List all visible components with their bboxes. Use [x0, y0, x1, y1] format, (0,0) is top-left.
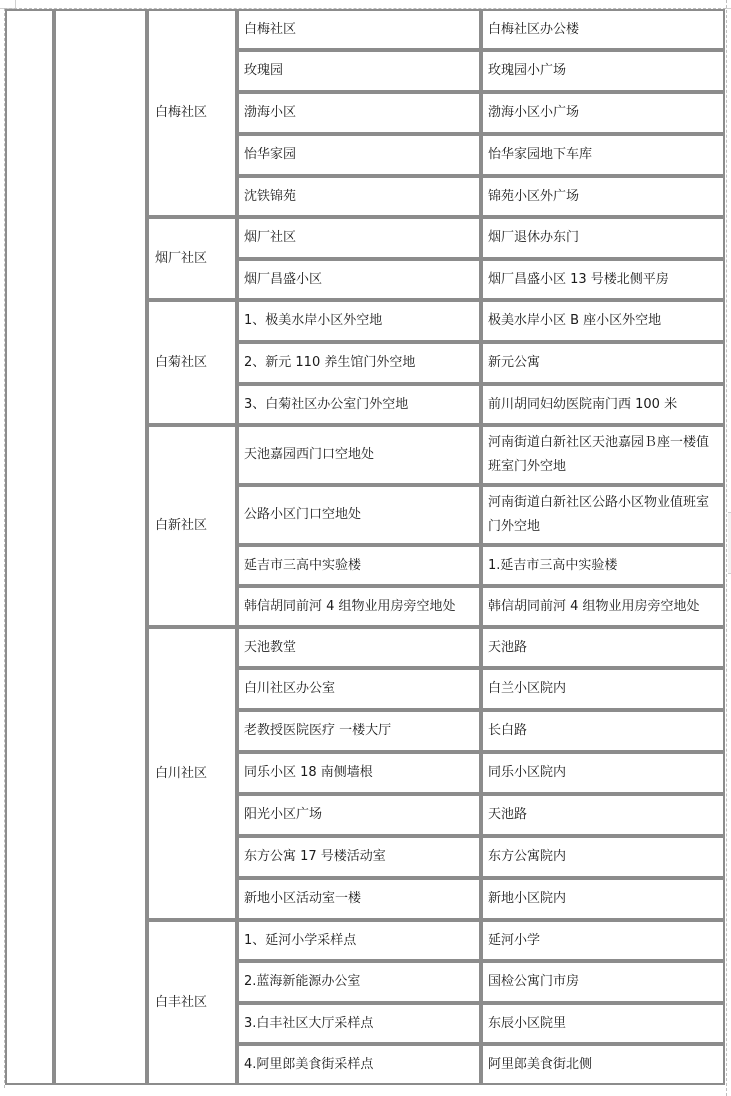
site-location-cell: 烟厂昌盛小区 13 号楼北侧平房 [481, 259, 725, 300]
site-name-cell: 2.蓝海新能源办公室 [237, 961, 481, 1003]
site-location-cell: 新地小区院内 [481, 878, 725, 920]
site-location-cell: 白梅社区办公楼 [481, 9, 725, 50]
site-name-cell: 天池嘉园西门口空地处 [237, 425, 481, 485]
site-name-cell: 沈铁锦苑 [237, 176, 481, 217]
site-location-cell: 国检公寓门市房 [481, 961, 725, 1003]
site-name-cell: 东方公寓 17 号楼活动室 [237, 836, 481, 878]
site-name-cell: 白梅社区 [237, 9, 481, 50]
site-location-cell: 天池路 [481, 627, 725, 668]
site-name-cell: 公路小区门口空地处 [237, 485, 481, 545]
site-name-cell: 1、极美水岸小区外空地 [237, 300, 481, 342]
site-name-cell: 烟厂社区 [237, 217, 481, 259]
site-name-cell: 3、白菊社区办公室门外空地 [237, 384, 481, 425]
site-location-cell: 锦苑小区外广场 [481, 176, 725, 217]
site-location-cell: 渤海小区小广场 [481, 92, 725, 134]
community-cell: 白丰社区 [147, 920, 237, 1085]
site-location-cell: 韩信胡同前河 4 组物业用房旁空地处 [481, 586, 725, 627]
site-location-cell: 东方公寓院内 [481, 836, 725, 878]
site-name-cell: 怡华家园 [237, 134, 481, 176]
site-location-cell: 阿里郎美食街北侧 [481, 1044, 725, 1085]
site-name-cell: 4.阿里郎美食街采样点 [237, 1044, 481, 1085]
site-name-cell: 渤海小区 [237, 92, 481, 134]
site-location-cell: 天池路 [481, 794, 725, 836]
community-cell: 白梅社区 [147, 9, 237, 217]
blank-column-1-cell [5, 9, 54, 1085]
site-location-cell: 长白路 [481, 710, 725, 752]
site-name-cell: 白川社区办公室 [237, 668, 481, 710]
site-name-cell: 延吉市三高中实验楼 [237, 545, 481, 586]
site-location-cell: 1.延吉市三高中实验楼 [481, 545, 725, 586]
site-location-cell: 白兰小区院内 [481, 668, 725, 710]
site-location-cell: 延河小学 [481, 920, 725, 961]
site-location-cell: 河南街道白新社区公路小区物业值班室门外空地 [481, 485, 725, 545]
site-location-cell: 极美水岸小区 B 座小区外空地 [481, 300, 725, 342]
site-location-cell: 怡华家园地下车库 [481, 134, 725, 176]
table-row: 白梅社区 白梅社区 白梅社区办公楼 [5, 9, 725, 50]
site-name-cell: 阳光小区广场 [237, 794, 481, 836]
site-location-cell: 玫瑰园小广场 [481, 50, 725, 92]
site-name-cell: 同乐小区 18 南侧墙根 [237, 752, 481, 794]
site-location-cell: 烟厂退休办东门 [481, 217, 725, 259]
community-cell: 白菊社区 [147, 300, 237, 425]
community-cell: 烟厂社区 [147, 217, 237, 300]
site-name-cell: 韩信胡同前河 4 组物业用房旁空地处 [237, 586, 481, 627]
site-name-cell: 2、新元 110 养生馆门外空地 [237, 342, 481, 384]
site-name-cell: 新地小区活动室一楼 [237, 878, 481, 920]
site-location-cell: 新元公寓 [481, 342, 725, 384]
site-name-cell: 3.白丰社区大厅采样点 [237, 1003, 481, 1044]
community-cell: 白新社区 [147, 425, 237, 627]
sampling-site-table: 白梅社区 白梅社区 白梅社区办公楼 玫瑰园 玫瑰园小广场 渤海小区 渤海小区小广… [5, 9, 725, 1085]
community-cell: 白川社区 [147, 627, 237, 920]
blank-column-2-cell [54, 9, 147, 1085]
site-name-cell: 天池教堂 [237, 627, 481, 668]
site-name-cell: 老教授医院医疗 一楼大厅 [237, 710, 481, 752]
site-name-cell: 1、延河小学采样点 [237, 920, 481, 961]
page-boundary-right [726, 0, 727, 1096]
site-name-cell: 玫瑰园 [237, 50, 481, 92]
site-name-cell: 烟厂昌盛小区 [237, 259, 481, 300]
site-location-cell: 前川胡同妇幼医院南门西 100 米 [481, 384, 725, 425]
site-location-cell: 河南街道白新社区天池嘉园Ｂ座一楼值班室门外空地 [481, 425, 725, 485]
site-location-cell: 东辰小区院里 [481, 1003, 725, 1044]
site-location-cell: 同乐小区院内 [481, 752, 725, 794]
